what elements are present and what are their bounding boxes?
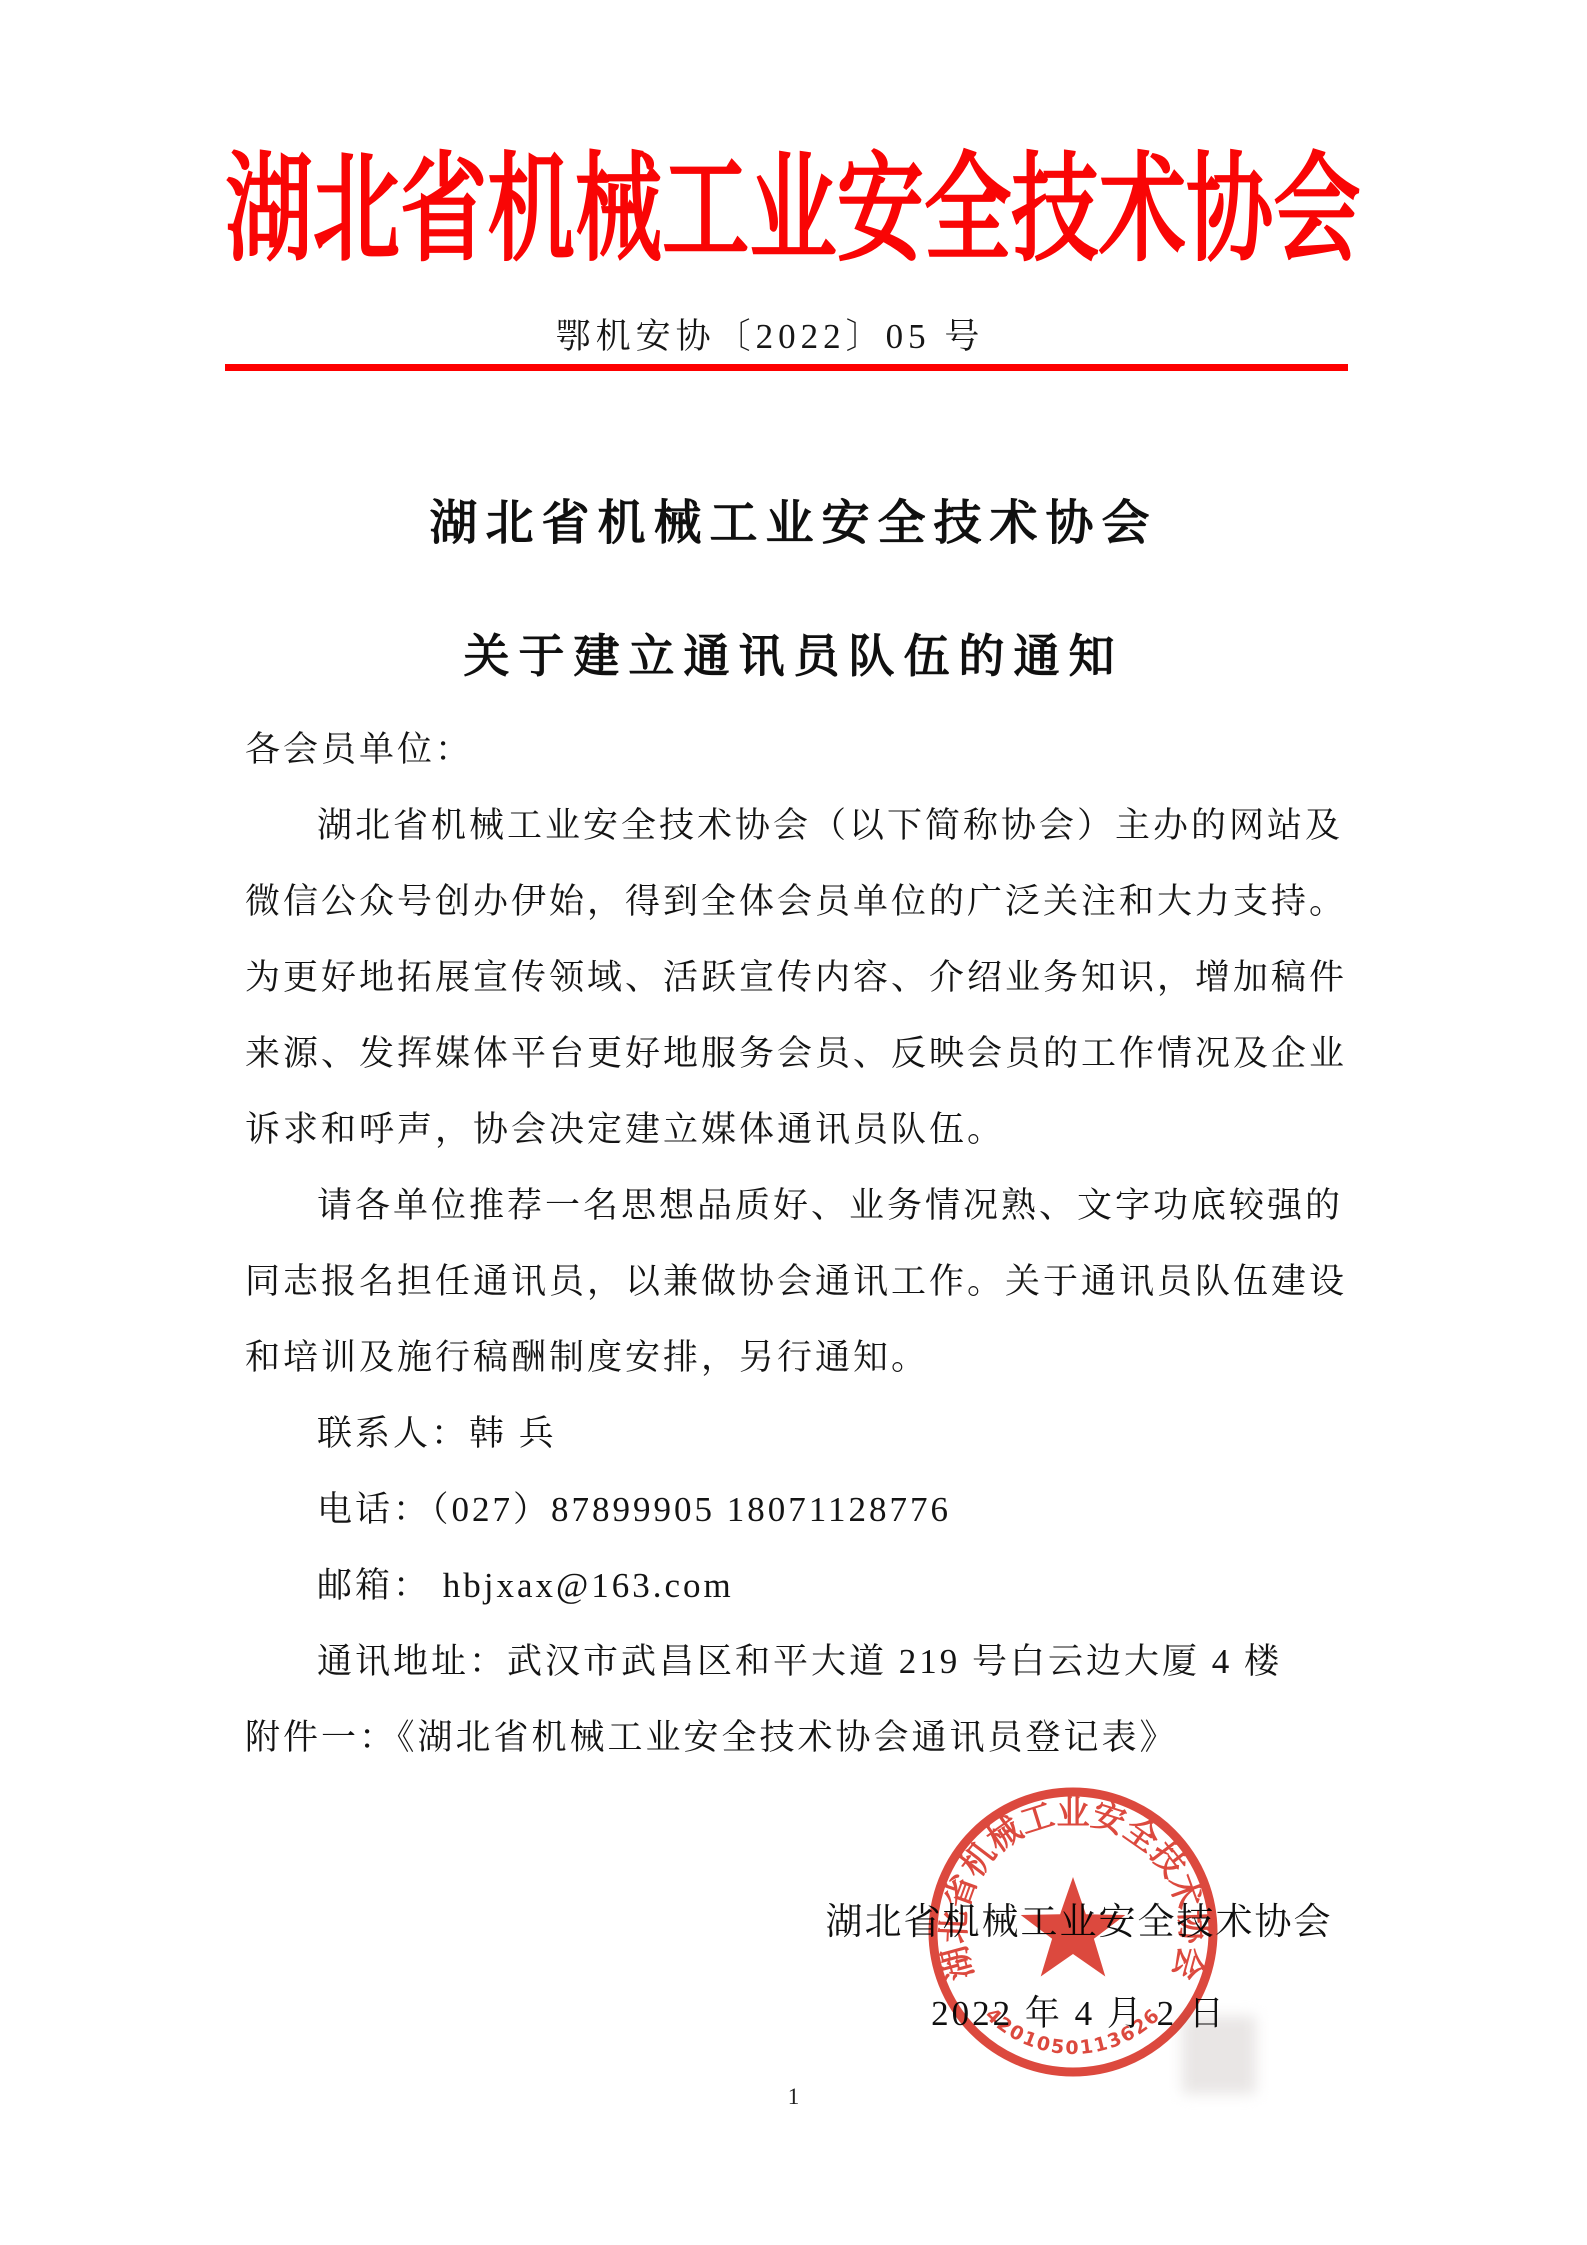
notice-body: 各会员单位：湖北省机械工业安全技术协会（以下简称协会）主办的网站及微信公众号创办… (245, 712, 1365, 1776)
page-number: 1 (0, 2084, 1587, 2110)
body-line: 诉求和呼声，协会决定建立媒体通讯员队伍。 (245, 1092, 1365, 1168)
body-line: 为更好地拓展宣传领域、活跃宣传内容、介绍业务知识，增加稿件 (245, 940, 1365, 1016)
body-line: 附件一：《湖北省机械工业安全技术协会通讯员登记表》 (245, 1700, 1365, 1776)
body-line: 邮箱： hbjxax@163.com (245, 1548, 1365, 1624)
body-line: 微信公众号创办伊始，得到全体会员单位的广泛关注和大力支持。 (245, 864, 1365, 940)
doc-number: 鄂机安协〔2022〕05 号 (0, 309, 1540, 359)
red-divider-line (225, 364, 1348, 371)
body-line: 湖北省机械工业安全技术协会（以下简称协会）主办的网站及 (245, 788, 1365, 864)
letterhead-title-text: 湖北省机械工业安全技术协会 (226, 150, 1361, 268)
seal-serial-number: 4201050113626 (981, 2004, 1165, 2059)
body-line: 电话：（027）87899905 18071128776 (245, 1472, 1365, 1548)
document-page: 湖北省机械工业安全技术协会 鄂机安协〔2022〕05 号 湖北省机械工业安全技术… (0, 0, 1587, 2245)
body-line: 请各单位推荐一名思想品质好、业务情况熟、文字功底较强的 (245, 1168, 1365, 1244)
letterhead-title: 湖北省机械工业安全技术协会 (0, 150, 1587, 268)
body-line: 同志报名担任通讯员，以兼做协会通讯工作。关于通讯员队伍建设 (245, 1244, 1365, 1320)
official-seal: 湖北省机械工业安全技术协会 4201050113626 (923, 1782, 1223, 2082)
body-line: 和培训及施行稿酬制度安排，另行通知。 (245, 1320, 1365, 1396)
body-line: 各会员单位： (245, 712, 1365, 788)
body-line: 来源、发挥媒体平台更好地服务会员、反映会员的工作情况及企业 (245, 1016, 1365, 1092)
title-subject: 关于建立通讯员队伍的通知 (0, 620, 1587, 686)
body-line: 通讯地址：武汉市武昌区和平大道 219 号白云边大厦 4 楼 (245, 1624, 1365, 1700)
seal-star (1021, 1877, 1126, 1977)
title-organization: 湖北省机械工业安全技术协会 (0, 484, 1587, 553)
body-line: 联系人：韩 兵 (245, 1396, 1365, 1472)
